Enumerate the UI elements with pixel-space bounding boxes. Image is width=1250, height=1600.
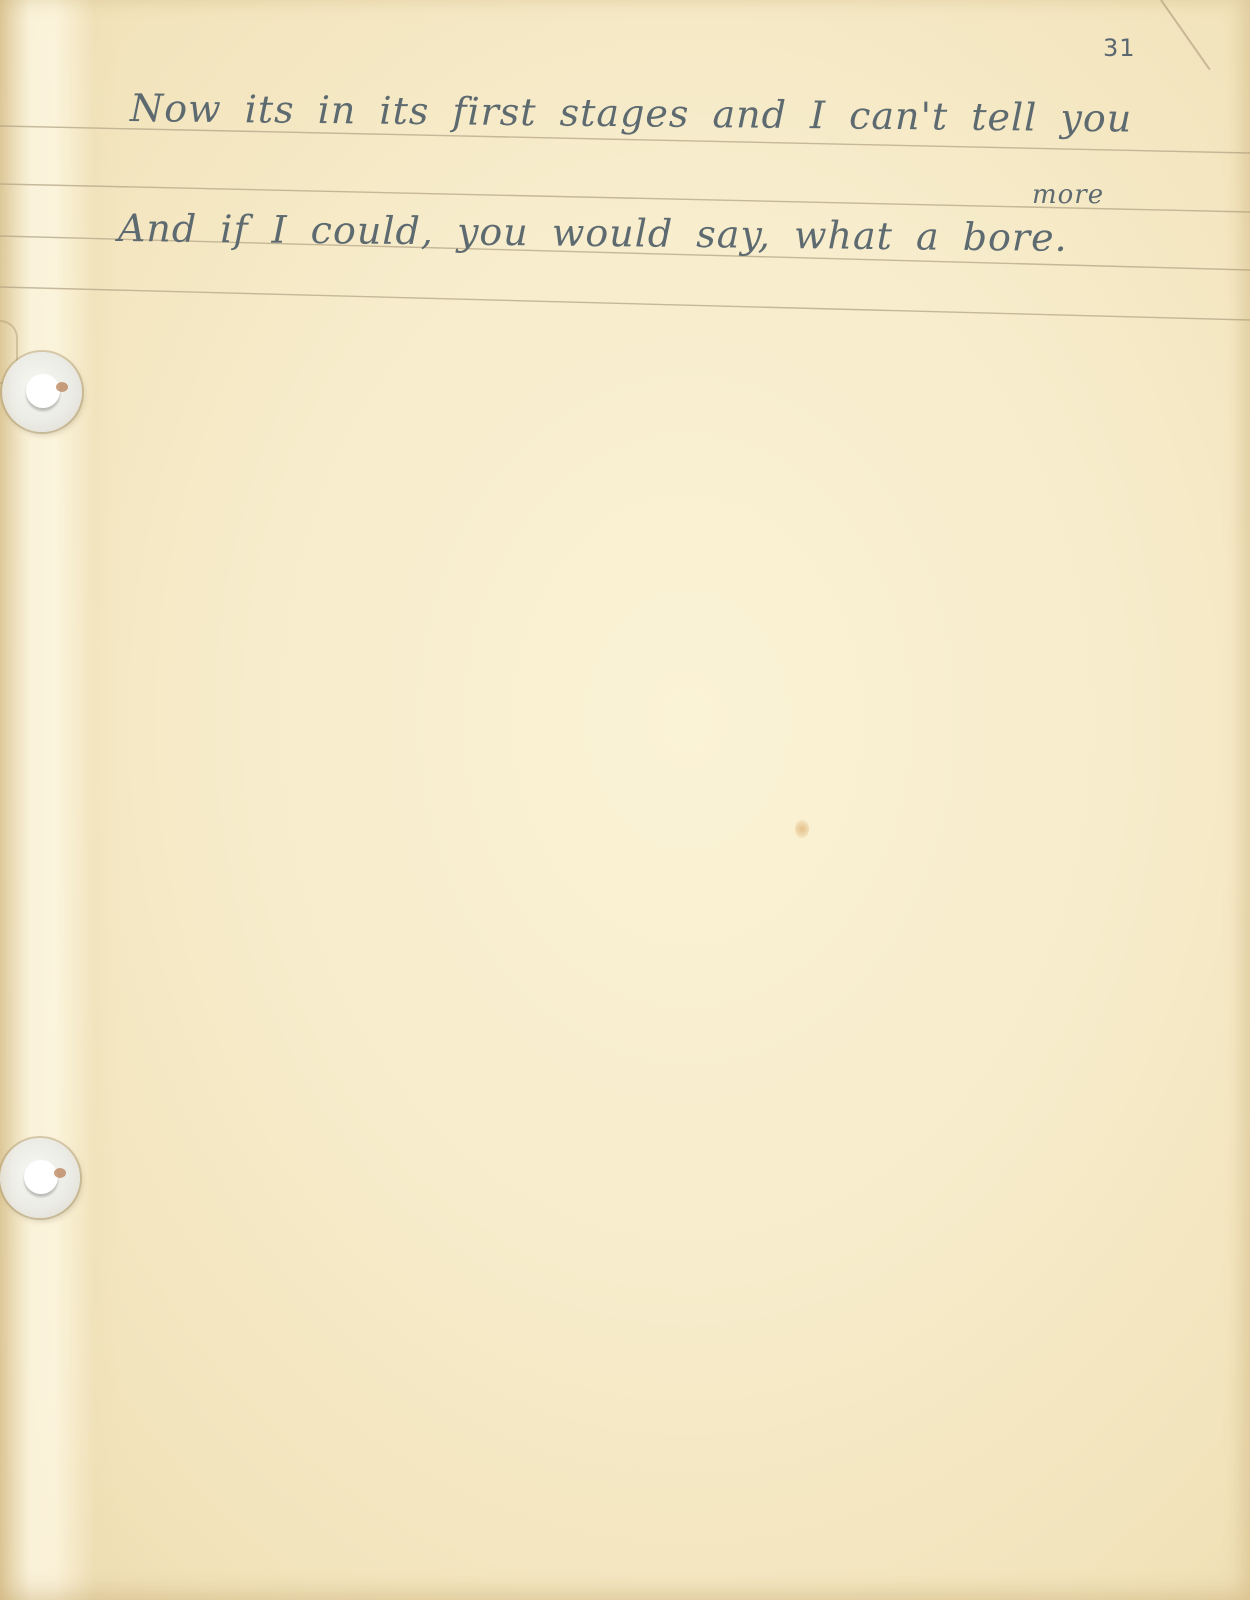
rule-line [0, 287, 1250, 320]
notebook-page: 31 Now its in its first stages and I can… [0, 0, 1250, 1600]
binder-hole-top [2, 352, 82, 432]
corner-crease [1160, 0, 1210, 70]
binder-hole-bottom [0, 1138, 80, 1218]
handwritten-insertion: more [1032, 180, 1104, 210]
hole-reinforcement [24, 1160, 58, 1194]
paper-stain [795, 820, 809, 838]
page-number: 31 [1103, 34, 1136, 62]
handwritten-line-2: And if I could, you would say, what a bo… [118, 206, 1068, 260]
hole-reinforcement [26, 374, 60, 408]
rust-stain [56, 382, 68, 392]
rust-stain [54, 1168, 66, 1178]
handwritten-line-1: Now its in its first stages and I can't … [130, 86, 1133, 140]
